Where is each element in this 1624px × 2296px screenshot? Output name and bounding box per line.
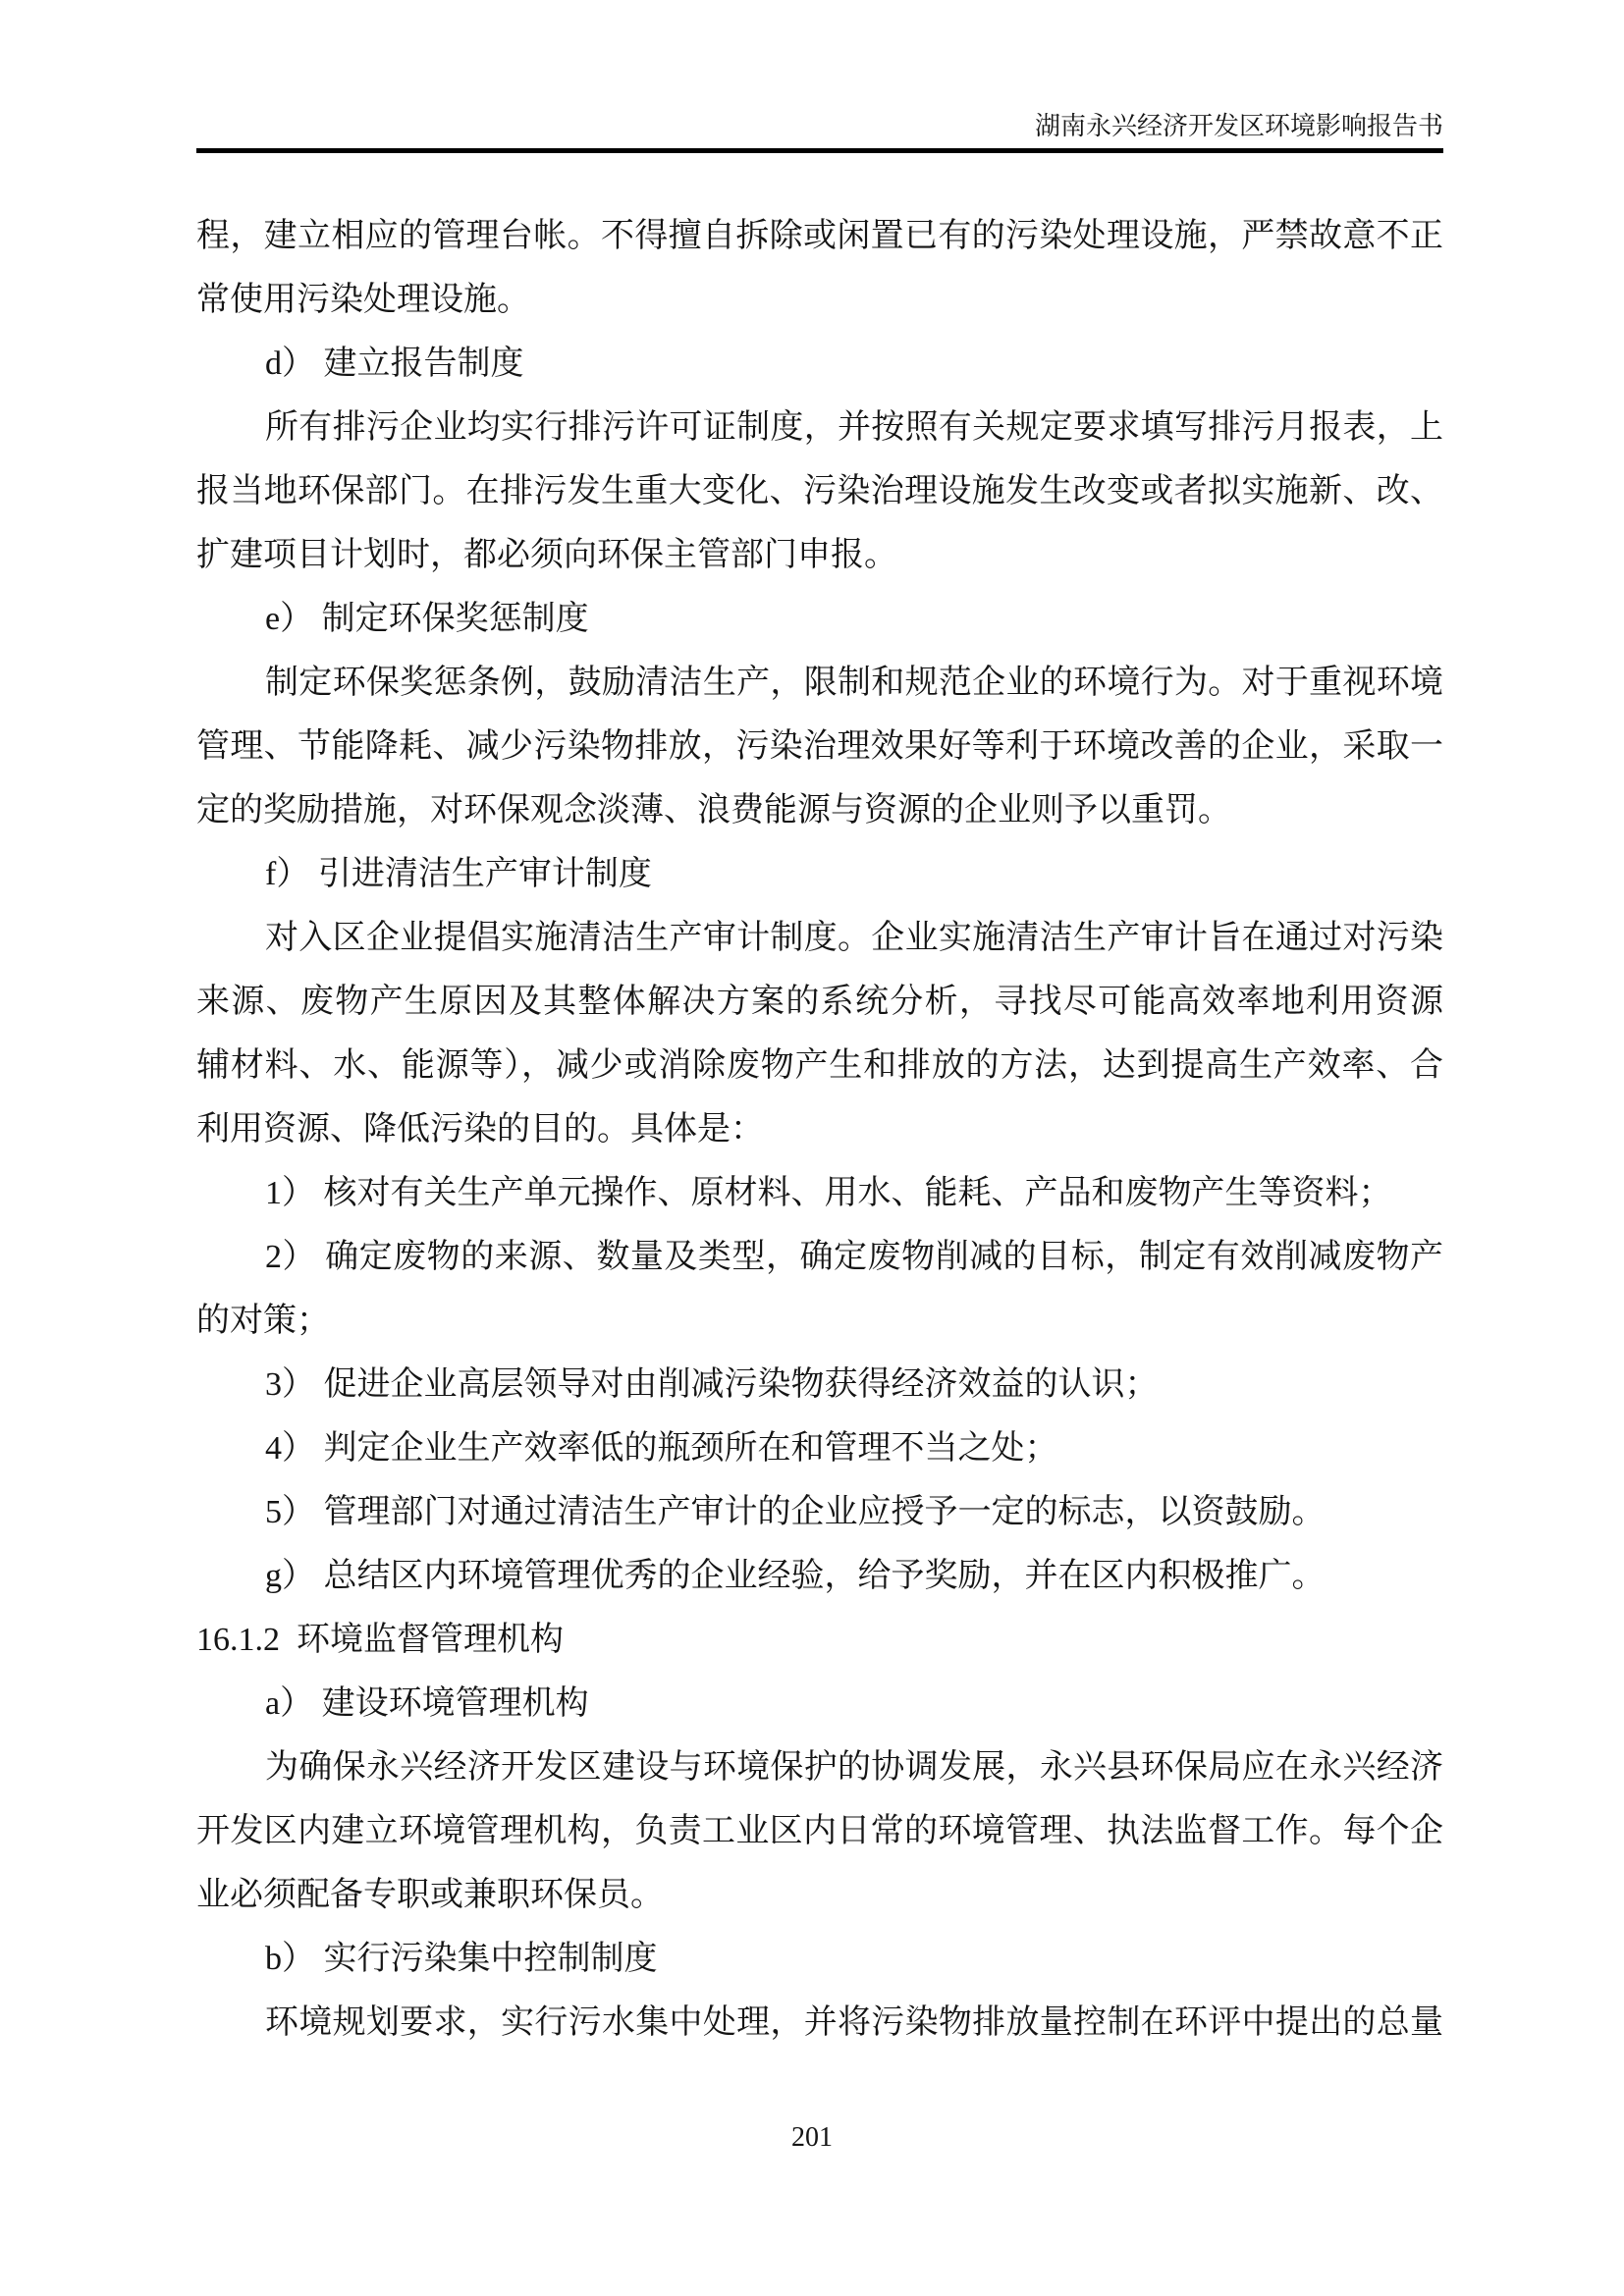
paragraph-continuation: 辅材料、水、能源等），减少或消除废物产生和排放的方法，达到提高生产效率、合理 xyxy=(196,1034,1443,1097)
content-lines: 程，建立相应的管理台帐。不得擅自拆除或闲置已有的污染处理设施，严禁故意不正常使用… xyxy=(196,204,1443,2055)
paragraph-continuation: 扩建项目计划时，都必须向环保主管部门申报。 xyxy=(196,523,1443,587)
paragraph-continuation: 定的奖励措施，对环保观念淡薄、浪费能源与资源的企业则予以重罚。 xyxy=(196,778,1443,842)
paragraph-start: 所有排污企业均实行排污许可证制度，并按照有关规定要求填写排污月报表，上 xyxy=(196,396,1443,459)
list-item: 5） 管理部门对通过清洁生产审计的企业应授予一定的标志，以资鼓励。 xyxy=(196,1480,1443,1544)
section-heading: 16.1.2 环境监督管理机构 xyxy=(196,1608,1443,1672)
list-item: g） 总结区内环境管理优秀的企业经验，给予奖励，并在区内积极推广。 xyxy=(196,1544,1443,1608)
paragraph-start: 对入区企业提倡实施清洁生产审计制度。企业实施清洁生产审计旨在通过对污染 xyxy=(196,906,1443,970)
paragraph-continuation: 程，建立相应的管理台帐。不得擅自拆除或闲置已有的污染处理设施，严禁故意不正 xyxy=(196,204,1443,268)
list-item: 1） 核对有关生产单元操作、原材料、用水、能耗、产品和废物产生等资料； xyxy=(196,1161,1443,1225)
paragraph-continuation: 常使用污染处理设施。 xyxy=(196,268,1443,332)
paragraph-continuation: 开发区内建立环境管理机构，负责工业区内日常的环境管理、执法监督工作。每个企 xyxy=(196,1799,1443,1863)
list-item: f） 引进清洁生产审计制度 xyxy=(196,842,1443,906)
list-item: e） 制定环保奖惩制度 xyxy=(196,587,1443,651)
paragraph-continuation: 来源、废物产生原因及其整体解决方案的系统分析，寻找尽可能高效率地利用资源（原 xyxy=(196,970,1443,1034)
page-footer: 201 xyxy=(0,2118,1624,2158)
paragraph-continuation: 利用资源、降低污染的目的。具体是： xyxy=(196,1097,1443,1161)
paragraph-continuation: 管理、节能降耗、减少污染物排放，污染治理效果好等利于环境改善的企业，采取一 xyxy=(196,715,1443,778)
list-item: 2） 确定废物的来源、数量及类型，确定废物削减的目标，制定有效削减废物产生 xyxy=(196,1225,1443,1289)
paragraph-continuation: 业必须配备专职或兼职环保员。 xyxy=(196,1863,1443,1927)
page-header: 湖南永兴经济开发区环境影响报告书 xyxy=(1035,108,1443,145)
list-item: b） 实行污染集中控制制度 xyxy=(196,1927,1443,1991)
paragraph-continuation: 报当地环保部门。在排污发生重大变化、污染治理设施发生改变或者拟实施新、改、 xyxy=(196,459,1443,523)
list-item: 4） 判定企业生产效率低的瓶颈所在和管理不当之处； xyxy=(196,1416,1443,1480)
list-item: d） 建立报告制度 xyxy=(196,332,1443,396)
paragraph-start: 制定环保奖惩条例，鼓励清洁生产，限制和规范企业的环境行为。对于重视环境 xyxy=(196,651,1443,715)
document-page: 湖南永兴经济开发区环境影响报告书 程，建立相应的管理台帐。不得擅自拆除或闲置已有… xyxy=(0,0,1624,2296)
paragraph-start: 环境规划要求，实行污水集中处理，并将污染物排放量控制在环评中提出的总量 xyxy=(196,1991,1443,2055)
list-item: a） 建设环境管理机构 xyxy=(196,1672,1443,1735)
page-number: 201 xyxy=(791,2122,833,2153)
header-rule xyxy=(196,148,1443,153)
paragraph-start: 为确保永兴经济开发区建设与环境保护的协调发展，永兴县环保局应在永兴经济 xyxy=(196,1735,1443,1799)
header-title: 湖南永兴经济开发区环境影响报告书 xyxy=(1035,112,1443,140)
paragraph-continuation: 的对策； xyxy=(196,1289,1443,1353)
list-item: 3） 促进企业高层领导对由削减污染物获得经济效益的认识； xyxy=(196,1353,1443,1416)
